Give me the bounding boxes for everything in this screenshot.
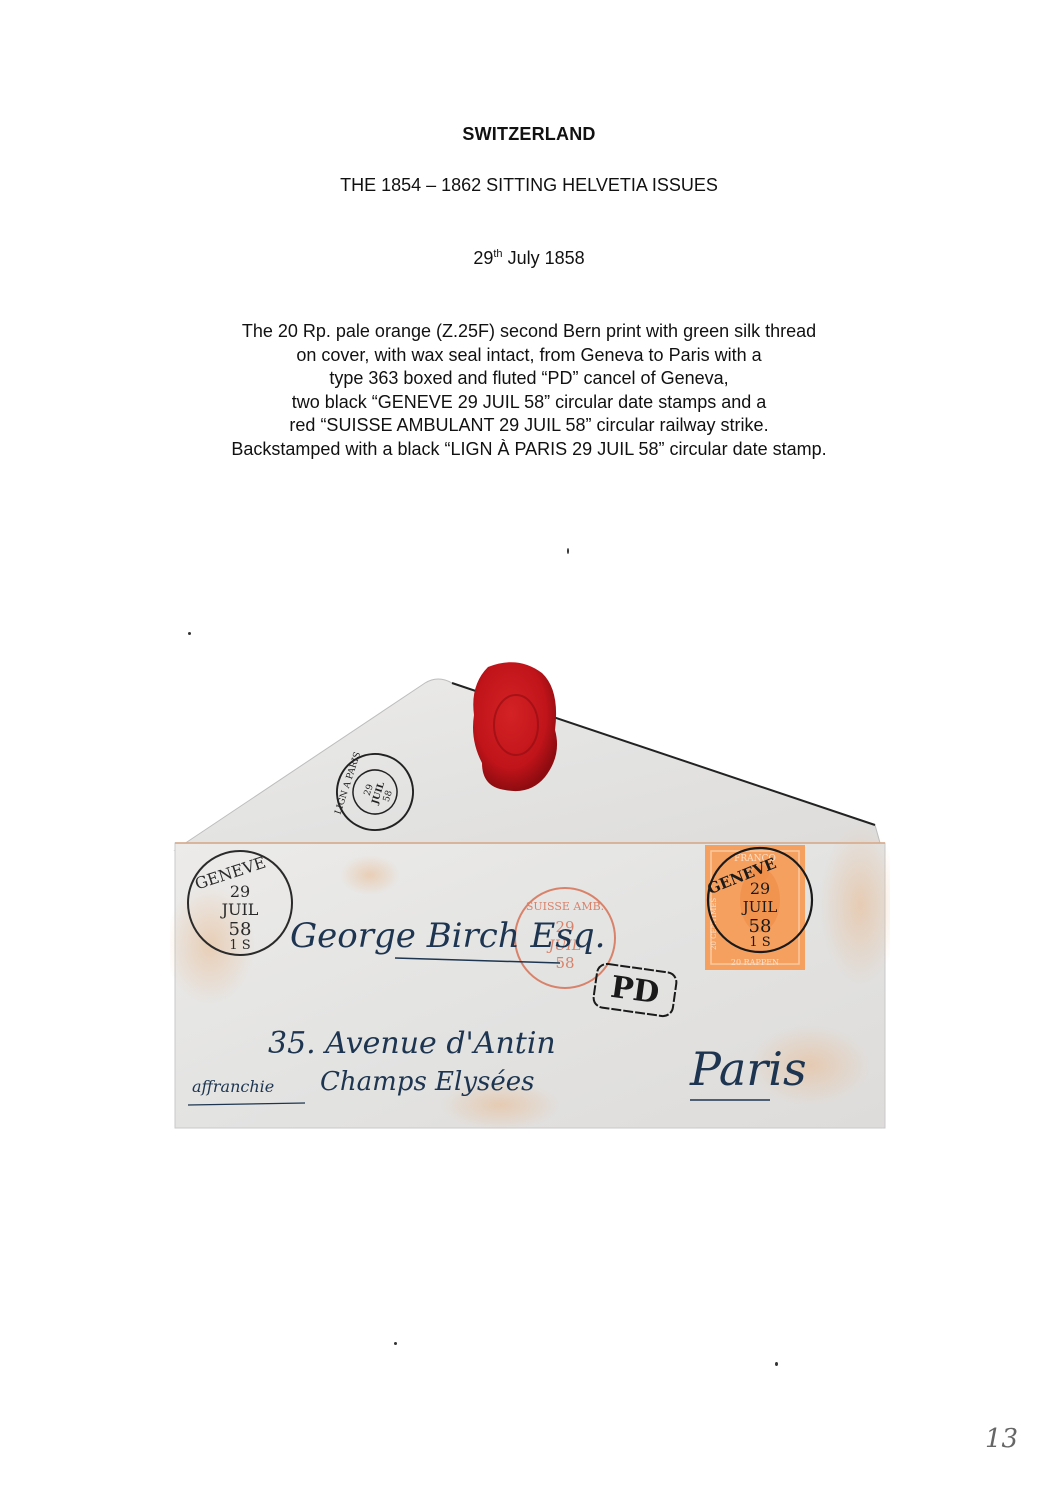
cds-town: SUISSE AMB. [526,900,604,913]
page-title: SWITZERLAND [0,124,1058,145]
page-number: 13 [985,1424,1018,1454]
stamp-bottom-text: 20 RAPPEN [731,958,779,967]
description-line: The 20 Rp. pale orange (Z.25F) second Be… [100,320,958,344]
scan-speck [394,1342,397,1345]
scan-speck [567,548,569,554]
address-line-3: Champs Elysées [320,1067,535,1097]
description-line: on cover, with wax seal intact, from Gen… [100,344,958,368]
cds-day: 29 [750,879,770,898]
pd-text: PD [608,970,661,1011]
address-line-2: 35. Avenue d'Antin [268,1026,556,1061]
cds-year: 58 [229,919,252,940]
wax-seal [473,662,557,791]
scan-speck [775,1362,778,1366]
cds-day: 29 [230,882,250,901]
address-line-4: Paris [689,1042,807,1096]
description-line: red “SUISSE AMBULANT 29 JUIL 58” circula… [100,414,958,438]
envelope-cover-image: LIGN A PARIS 29 JUIL 58 GENEVE 29 JUIL 5… [170,645,890,1135]
description-line: Backstamped with a black “LIGN À PARIS 2… [100,438,958,462]
scan-speck [188,632,191,635]
cds-month: JUIL [741,898,778,916]
description-line: type 363 boxed and fluted “PD” cancel of… [100,367,958,391]
date-suffix: th [493,248,502,260]
cover-date: 29th July 1858 [0,248,1058,269]
cds-code: 1 S [749,935,770,950]
address-line-1: George Birch Esq. [290,916,605,956]
description: The 20 Rp. pale orange (Z.25F) second Be… [100,320,958,461]
description-line: two black “GENEVE 29 JUIL 58” circular d… [100,391,958,415]
cds-year: 58 [749,916,772,937]
affranchie-note: affranchie [192,1077,274,1096]
date-day: 29 [473,248,493,268]
cds-month: JUIL [220,900,259,919]
page-subtitle: THE 1854 – 1862 SITTING HELVETIA ISSUES [0,175,1058,196]
date-rest: July 1858 [508,248,585,268]
cds-code: 1 S [229,938,250,953]
